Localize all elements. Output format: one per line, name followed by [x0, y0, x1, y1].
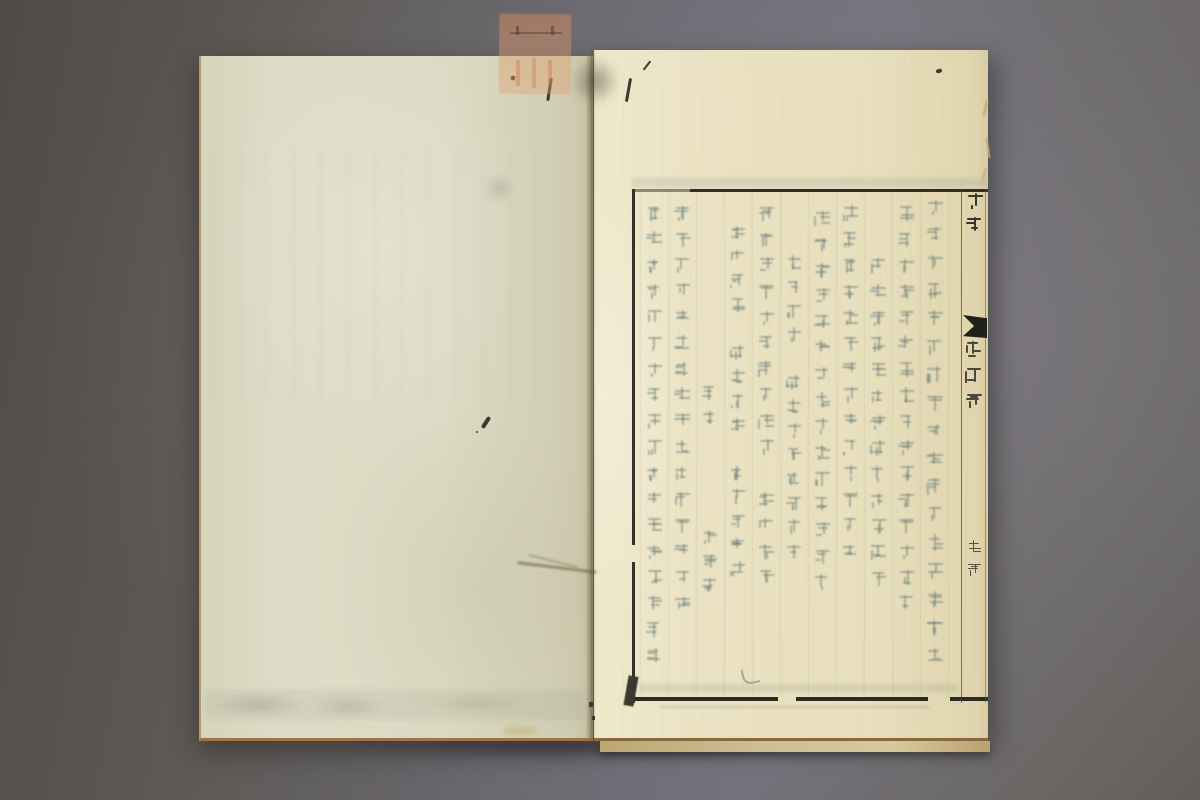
left-page-stain	[503, 726, 537, 736]
tape-showthrough-bar	[548, 60, 552, 86]
ink-speck	[589, 702, 593, 707]
photo-stage	[0, 0, 1200, 800]
tape-showthrough-bar	[516, 60, 520, 86]
frame-left-border	[632, 189, 635, 703]
frame-bottom-under-line	[660, 706, 930, 708]
tape-rule-line	[510, 32, 562, 34]
ink-speck	[592, 716, 595, 720]
left-page-smudge	[478, 168, 520, 208]
left-page-showthrough-band	[206, 690, 584, 720]
frame-bottom-border	[632, 697, 988, 701]
column-rule-lines	[640, 192, 960, 697]
ink-dot	[476, 431, 478, 433]
book-gutter	[586, 52, 596, 738]
banxin-edge-line	[985, 189, 986, 703]
frame-top-bleed-line	[632, 178, 988, 187]
banxin-divider-line	[961, 189, 962, 703]
tape-showthrough-bar	[532, 58, 536, 88]
underlying-page-edge	[600, 741, 990, 752]
